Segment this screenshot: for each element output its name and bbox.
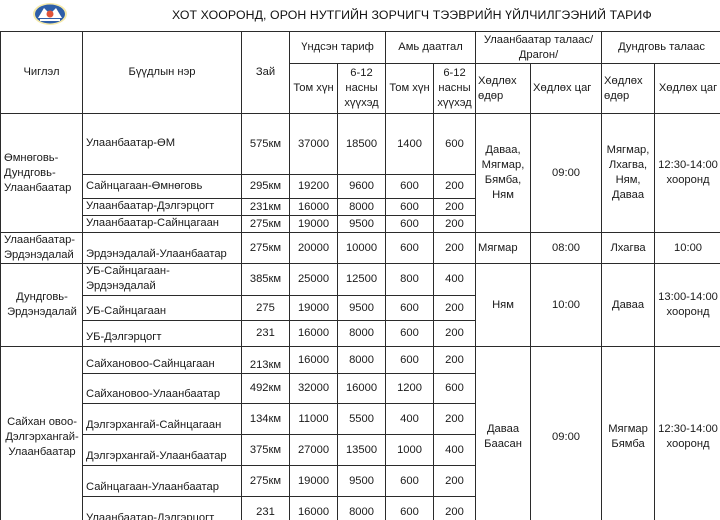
ub-time-cell: 10:00 <box>531 264 602 347</box>
col-header-base-tariff: Үндсэн тариф <box>290 32 386 64</box>
ins-adult-cell: 600 <box>386 497 434 520</box>
settlement-cell: Улаанбаатар-Дэлгэрцогт <box>83 497 242 520</box>
base-adult-cell: 37000 <box>290 114 338 175</box>
settlement-cell: Улаанбаатар-Дэлгэрцогт <box>83 199 242 216</box>
base-adult-cell: 19000 <box>290 466 338 497</box>
base-adult-cell: 19200 <box>290 175 338 199</box>
base-child-cell: 9500 <box>338 296 386 321</box>
base-adult-cell: 19000 <box>290 216 338 233</box>
settlement-cell: УБ-Сайнцагаан-Эрдэнэдалай <box>83 264 242 296</box>
ins-adult-cell: 600 <box>386 199 434 216</box>
ins-child-cell: 200 <box>434 199 476 216</box>
base-adult-cell: 19000 <box>290 296 338 321</box>
col-header-insurance: Амь даатгал <box>386 32 476 64</box>
ins-adult-cell: 1200 <box>386 374 434 404</box>
ins-adult-cell: 1000 <box>386 435 434 466</box>
distance-cell: 492км <box>242 374 290 404</box>
distance-cell: 231 <box>242 321 290 347</box>
base-child-cell: 8000 <box>338 321 386 347</box>
col-header-from-dundgovi: Дундговь талаас <box>602 32 720 64</box>
base-adult-cell: 16000 <box>290 199 338 216</box>
settlement-cell: Эрдэнэдалай-Улаанбаатар <box>83 233 242 264</box>
page-title: ХОТ ХООРОНД, ОРОН НУТГИЙН ЗОРЧИГЧ ТЭЭВРИ… <box>172 8 652 22</box>
dg-day-cell: Лхагва <box>602 233 655 264</box>
ins-adult-cell: 1400 <box>386 114 434 175</box>
dg-time-cell: 12:30-14:00 хооронд <box>655 114 720 233</box>
base-adult-cell: 20000 <box>290 233 338 264</box>
ins-adult-cell: 600 <box>386 321 434 347</box>
distance-cell: 213км <box>242 347 290 374</box>
col-header-distance: Зай <box>242 32 290 114</box>
ins-child-cell: 200 <box>434 347 476 374</box>
distance-cell: 231км <box>242 199 290 216</box>
distance-cell: 275 <box>242 296 290 321</box>
col-header-dg-time: Хөдлөх цаг <box>655 64 720 114</box>
dg-day-cell: Даваа <box>602 264 655 347</box>
base-child-cell: 9500 <box>338 466 386 497</box>
ins-child-cell: 600 <box>434 374 476 404</box>
col-header-base-adult: Том хүн <box>290 64 338 114</box>
base-child-cell: 13500 <box>338 435 386 466</box>
ins-adult-cell: 600 <box>386 216 434 233</box>
col-header-ub-time: Хөдлөх цаг <box>531 64 602 114</box>
col-header-settlement: Бүүдлын нэр <box>83 32 242 114</box>
base-child-cell: 12500 <box>338 264 386 296</box>
base-adult-cell: 16000 <box>290 321 338 347</box>
col-header-base-child: 6-12 насны хүүхэд <box>338 64 386 114</box>
ub-day-cell: Мягмар <box>476 233 531 264</box>
settlement-cell: УБ-Сайнцагаан <box>83 296 242 321</box>
direction-cell: Өмнөговь-Дундговь-Улаанбаатар <box>1 114 83 233</box>
base-child-cell: 9600 <box>338 175 386 199</box>
distance-cell: 231 <box>242 497 290 520</box>
distance-cell: 295км <box>242 175 290 199</box>
ins-child-cell: 200 <box>434 321 476 347</box>
table-row: Дундговь-Эрдэнэдалай УБ-Сайнцагаан-Эрдэн… <box>1 264 720 296</box>
base-child-cell: 8000 <box>338 199 386 216</box>
settlement-cell: Сайхановоо-Сайнцагаан <box>83 347 242 374</box>
table-row: Сайхан овоо-Дэлгэрхангай-Улаанбаатар Сай… <box>1 347 720 374</box>
base-child-cell: 16000 <box>338 374 386 404</box>
col-header-ins-adult: Том хүн <box>386 64 434 114</box>
settlement-cell: Дэлгэрхангай-Улаанбаатар <box>83 435 242 466</box>
settlement-cell: УБ-Дэлгэрцогт <box>83 321 242 347</box>
document-header: ХОТ ХООРОНД, ОРОН НУТГИЙН ЗОРЧИГЧ ТЭЭВРИ… <box>0 0 720 31</box>
ub-time-cell: 09:00 <box>531 347 602 520</box>
distance-cell: 275км <box>242 233 290 264</box>
col-header-ins-child: 6-12 насны хүүхэд <box>434 64 476 114</box>
ins-adult-cell: 600 <box>386 466 434 497</box>
distance-cell: 385км <box>242 264 290 296</box>
direction-cell: Сайхан овоо-Дэлгэрхангай-Улаанбаатар <box>1 347 83 520</box>
ins-child-cell: 200 <box>434 404 476 435</box>
col-header-from-ub: Улаанбаатар талаас/Драгон/ <box>476 32 602 64</box>
ub-day-cell: Даваа, Мягмар, Бямба, Ням <box>476 114 531 233</box>
tariff-table: Чиглэл Бүүдлын нэр Зай Үндсэн тариф Амь … <box>0 31 720 520</box>
ins-adult-cell: 400 <box>386 404 434 435</box>
ins-adult-cell: 600 <box>386 233 434 264</box>
base-adult-cell: 16000 <box>290 497 338 520</box>
dg-day-cell: Мягмар Бямба <box>602 347 655 520</box>
base-child-cell: 9500 <box>338 216 386 233</box>
ins-child-cell: 200 <box>434 216 476 233</box>
ins-child-cell: 200 <box>434 233 476 264</box>
settlement-cell: Улаанбаатар-ӨМ <box>83 114 242 175</box>
base-adult-cell: 27000 <box>290 435 338 466</box>
ub-time-cell: 08:00 <box>531 233 602 264</box>
direction-cell: Улаанбаатар-Эрдэнэдалай <box>1 233 83 264</box>
base-child-cell: 8000 <box>338 347 386 374</box>
dg-time-cell: 13:00-14:00 хооронд <box>655 264 720 347</box>
table-row: Улаанбаатар-Эрдэнэдалай Эрдэнэдалай-Улаа… <box>1 233 720 264</box>
distance-cell: 134км <box>242 404 290 435</box>
dg-time-cell: 10:00 <box>655 233 720 264</box>
ins-child-cell: 200 <box>434 497 476 520</box>
col-header-dg-day: Хөдлөх өдөр <box>602 64 655 114</box>
settlement-cell: Сайхановоо-Улаанбаатар <box>83 374 242 404</box>
base-adult-cell: 16000 <box>290 347 338 374</box>
ub-day-cell: Ням <box>476 264 531 347</box>
ub-day-cell: Даваа Баасан <box>476 347 531 520</box>
settlement-cell: Улаанбаатар-Сайнцагаан <box>83 216 242 233</box>
distance-cell: 375км <box>242 435 290 466</box>
ins-adult-cell: 600 <box>386 347 434 374</box>
settlement-cell: Сайнцагаан-Өмнөговь <box>83 175 242 199</box>
col-header-ub-day: Хөдлөх өдөр <box>476 64 531 114</box>
ins-adult-cell: 600 <box>386 175 434 199</box>
base-child-cell: 10000 <box>338 233 386 264</box>
ins-child-cell: 600 <box>434 114 476 175</box>
dg-day-cell: Мягмар, Лхагва, Ням, Даваа <box>602 114 655 233</box>
base-adult-cell: 11000 <box>290 404 338 435</box>
ub-time-cell: 09:00 <box>531 114 602 233</box>
ins-child-cell: 200 <box>434 175 476 199</box>
base-child-cell: 5500 <box>338 404 386 435</box>
distance-cell: 275км <box>242 216 290 233</box>
settlement-cell: Дэлгэрхангай-Сайнцагаан <box>83 404 242 435</box>
base-adult-cell: 32000 <box>290 374 338 404</box>
ins-child-cell: 400 <box>434 435 476 466</box>
settlement-cell: Сайнцагаан-Улаанбаатар <box>83 466 242 497</box>
distance-cell: 575км <box>242 114 290 175</box>
table-row: Өмнөговь-Дундговь-Улаанбаатар Улаанбаата… <box>1 114 720 175</box>
dg-time-cell: 12:30-14:00 хооронд <box>655 347 720 520</box>
emblem-logo-icon <box>32 2 68 26</box>
base-child-cell: 8000 <box>338 497 386 520</box>
ins-child-cell: 200 <box>434 466 476 497</box>
ins-child-cell: 400 <box>434 264 476 296</box>
col-header-direction: Чиглэл <box>1 32 83 114</box>
ins-child-cell: 200 <box>434 296 476 321</box>
ins-adult-cell: 800 <box>386 264 434 296</box>
base-child-cell: 18500 <box>338 114 386 175</box>
ins-adult-cell: 600 <box>386 296 434 321</box>
direction-cell: Дундговь-Эрдэнэдалай <box>1 264 83 347</box>
distance-cell: 275км <box>242 466 290 497</box>
base-adult-cell: 25000 <box>290 264 338 296</box>
